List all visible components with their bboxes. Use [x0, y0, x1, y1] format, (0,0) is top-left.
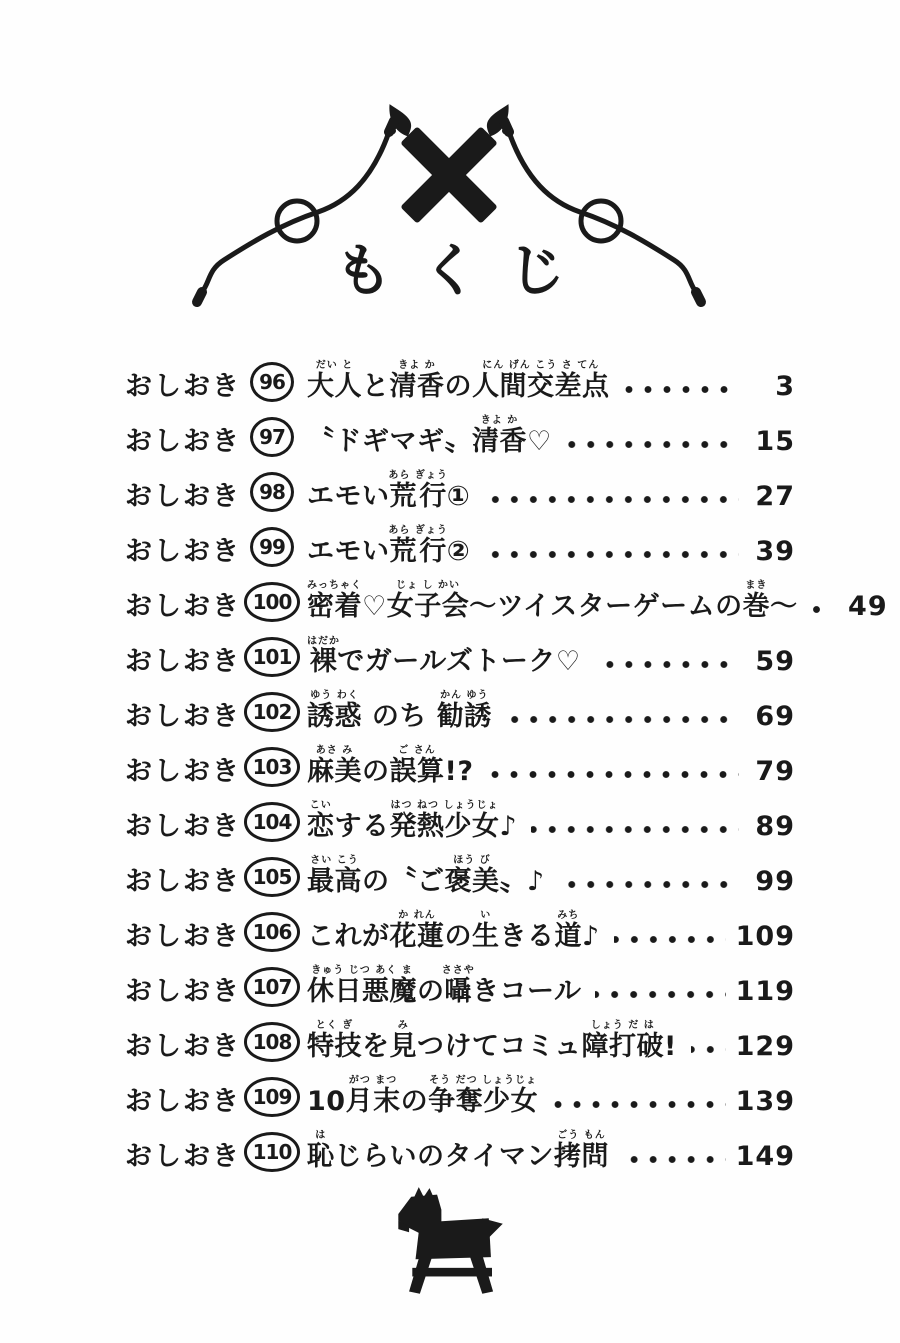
- toc-entry-title: 特技とく ぎを見みつけてコミュ障打破しょう だ は!: [307, 1020, 677, 1060]
- toc-entry-page-number: 99: [749, 868, 795, 895]
- toc-entry-number-badge: 107: [243, 967, 301, 1005]
- toc-entry: おしおき 107 休日悪魔きゅう じつ あく まの囁ささやきコール 119: [125, 957, 795, 1012]
- toc-entry-page-number: 27: [749, 483, 795, 510]
- chapter-number: 108: [244, 1022, 301, 1062]
- chapter-number: 101: [244, 637, 301, 677]
- chapter-number: 96: [250, 362, 294, 402]
- toc-entry-label: おしおき: [125, 373, 243, 400]
- toc-entry-number-badge: 101: [243, 637, 301, 675]
- toc-entry-title: 恥はじらいのタイマン拷問ごう もん: [307, 1130, 609, 1170]
- dot-leader: [623, 1156, 726, 1163]
- dot-leader: [624, 386, 740, 393]
- chapter-number: 107: [244, 967, 301, 1007]
- toc-entry: おしおき 110 恥はじらいのタイマン拷問ごう もん 149: [125, 1122, 795, 1177]
- toc-entry: おしおき 106 これが花蓮か れんの生いきる道みち♪ 109: [125, 902, 795, 957]
- toc-entry-number-badge: 108: [243, 1022, 301, 1060]
- manga-toc-page: もくじ おしおき 96 大人だい とと清香きよ かの人間交差点にん げん こう …: [0, 0, 900, 1343]
- toc-entry-number-badge: 99: [243, 527, 301, 565]
- dot-leader: [614, 936, 726, 943]
- toc-entry-label: おしおき: [125, 1088, 243, 1115]
- dot-leader: [812, 606, 832, 613]
- dot-leader: [484, 496, 739, 503]
- toc-entry: おしおき 104 恋こいする発熱少女はつ ねつ しょうじょ♪ 89: [125, 792, 795, 847]
- toc-entry-page-number: 69: [749, 703, 795, 730]
- toc-entry-label: おしおき: [125, 1033, 243, 1060]
- dot-leader: [566, 441, 739, 448]
- dot-leader: [552, 1101, 726, 1108]
- toc-entry-label: おしおき: [125, 483, 243, 510]
- chapter-number: 99: [250, 527, 294, 567]
- toc-entry-title: 最高さい こうの〝ご褒美ほう び〟♪: [307, 855, 545, 895]
- dot-leader: [595, 991, 725, 998]
- toc-entry-page-number: 109: [736, 923, 795, 950]
- toc-entry-title: エモい荒行あら ぎょう①: [307, 470, 470, 510]
- toc-entry: おしおき 109 10月末がつ まつの争奪少女そう だつ しょうじょ 139: [125, 1067, 795, 1122]
- toc-entry-page-number: 149: [736, 1143, 795, 1170]
- toc-entry: おしおき 99 エモい荒行あら ぎょう② 39: [125, 517, 795, 572]
- toc-entry-page-number: 39: [749, 538, 795, 565]
- toc-entry: おしおき 108 特技とく ぎを見みつけてコミュ障打破しょう だ は! 129: [125, 1012, 795, 1067]
- chapter-number: 105: [244, 857, 301, 897]
- toc-entry-title: エモい荒行あら ぎょう②: [307, 525, 470, 565]
- toc-entry-title: これが花蓮か れんの生いきる道みち♪: [307, 910, 600, 950]
- toc-entry-label: おしおき: [125, 703, 243, 730]
- toc-entry-page-number: 89: [749, 813, 795, 840]
- toc-entry-page-number: 59: [749, 648, 795, 675]
- toc-entry-number-badge: 106: [243, 912, 301, 950]
- toc-entry-number-badge: 104: [243, 802, 301, 840]
- toc-entry-page-number: 49: [842, 593, 888, 620]
- toc-entry-title: 恋こいする発熱少女はつ ねつ しょうじょ♪: [307, 800, 517, 840]
- chapter-number: 97: [250, 417, 294, 457]
- toc-entry: おしおき 96 大人だい とと清香きよ かの人間交差点にん げん こう さ てん…: [125, 352, 795, 407]
- toc-entry-title: 〝ドギマギ〟清香きよ か♡: [307, 415, 552, 455]
- toc-entry-label: おしおき: [125, 868, 243, 895]
- dot-leader: [531, 826, 739, 833]
- toc-entry-title: 誘惑ゆう わく のち 勧誘かん ゆう: [307, 690, 492, 730]
- dot-leader: [506, 716, 739, 723]
- toc-entry-number-badge: 103: [243, 747, 301, 785]
- toc-entry-label: おしおき: [125, 538, 243, 565]
- chapter-number: 109: [244, 1077, 301, 1117]
- toc-entry-number-badge: 96: [243, 362, 301, 400]
- toc-entry: おしおき 97 〝ドギマギ〟清香きよ か♡ 15: [125, 407, 795, 462]
- toc-entry-title: 裸はだかでガールズトーク♡: [307, 636, 581, 675]
- toc-entry-label: おしおき: [125, 428, 243, 455]
- chapter-number: 110: [244, 1132, 301, 1172]
- toc-entry-page-number: 3: [749, 373, 795, 400]
- toc-entry-page-number: 119: [736, 978, 795, 1005]
- dot-leader: [487, 771, 739, 778]
- wooden-horse-icon: [0, 1186, 900, 1306]
- toc-entry-number-badge: 97: [243, 417, 301, 455]
- dot-leader: [595, 661, 739, 668]
- toc-entry-label: おしおき: [125, 1143, 243, 1170]
- chapter-number: 106: [244, 912, 301, 952]
- toc-entry-number-badge: 110: [243, 1132, 301, 1170]
- toc-entry-title: 密着みっちゃく♡女子会じょ し かい〜ツイスターゲームの巻まき〜: [307, 580, 798, 620]
- chapter-number: 102: [244, 692, 301, 732]
- toc-entry-page-number: 129: [736, 1033, 795, 1060]
- toc-entry-page-number: 79: [749, 758, 795, 785]
- toc-entry-title: 10月末がつ まつの争奪少女そう だつ しょうじょ: [307, 1075, 538, 1115]
- chapter-number: 98: [250, 472, 294, 512]
- page-title: もくじ: [0, 243, 900, 300]
- chapter-number: 100: [244, 582, 301, 622]
- toc-list: おしおき 96 大人だい とと清香きよ かの人間交差点にん げん こう さ てん…: [125, 352, 795, 1177]
- toc-entry: おしおき 103 麻美あさ みの誤算ご さん!? 79: [125, 737, 795, 792]
- toc-entry-number-badge: 98: [243, 472, 301, 510]
- toc-entry-label: おしおき: [125, 813, 243, 840]
- toc-entry: おしおき 98 エモい荒行あら ぎょう① 27: [125, 462, 795, 517]
- dot-leader: [691, 1046, 726, 1053]
- dot-leader: [559, 881, 739, 888]
- toc-entry-number-badge: 100: [243, 582, 301, 620]
- toc-entry: おしおき 105 最高さい こうの〝ご褒美ほう び〟♪ 99: [125, 847, 795, 902]
- toc-entry: おしおき 101 裸はだかでガールズトーク♡ 59: [125, 627, 795, 682]
- dot-leader: [484, 551, 739, 558]
- toc-entry-number-badge: 102: [243, 692, 301, 730]
- toc-entry-number-badge: 109: [243, 1077, 301, 1115]
- toc-entry-label: おしおき: [125, 593, 243, 620]
- toc-entry-number-badge: 105: [243, 857, 301, 895]
- toc-entry-title: 大人だい とと清香きよ かの人間交差点にん げん こう さ てん: [307, 360, 610, 400]
- toc-entry: おしおき 102 誘惑ゆう わく のち 勧誘かん ゆう 69: [125, 682, 795, 737]
- toc-entry-title: 麻美あさ みの誤算ご さん!?: [307, 745, 473, 785]
- toc-entry-label: おしおき: [125, 648, 243, 675]
- chapter-number: 103: [244, 747, 301, 787]
- toc-entry-title: 休日悪魔きゅう じつ あく まの囁ささやきコール: [307, 965, 581, 1005]
- toc-entry-page-number: 139: [736, 1088, 795, 1115]
- toc-entry: おしおき 100 密着みっちゃく♡女子会じょ し かい〜ツイスターゲームの巻まき…: [125, 572, 795, 627]
- toc-entry-label: おしおき: [125, 758, 243, 785]
- toc-entry-label: おしおき: [125, 923, 243, 950]
- chapter-number: 104: [244, 802, 301, 842]
- toc-entry-page-number: 15: [749, 428, 795, 455]
- toc-entry-label: おしおき: [125, 978, 243, 1005]
